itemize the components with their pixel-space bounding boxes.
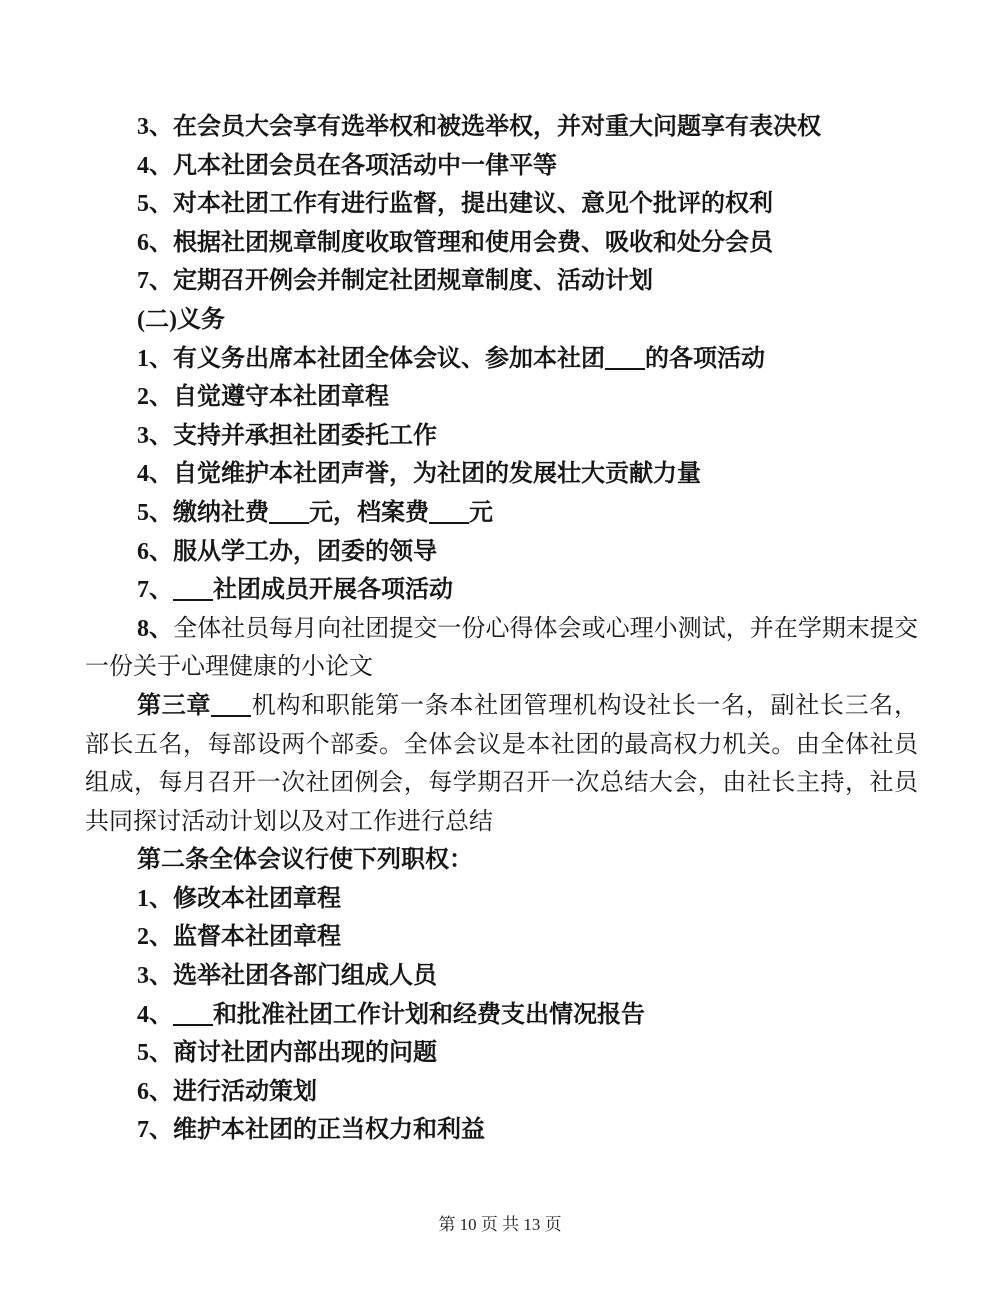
text-segment: 5、商讨社团内部出现的问题 (137, 1040, 437, 1066)
text-segment: 6、进行活动策划 (137, 1079, 317, 1105)
paragraph: 5、商讨社团内部出现的问题 (85, 1034, 918, 1073)
text-segment: 2、自觉遵守本社团章程 (137, 384, 389, 410)
document-content: 3、在会员大会享有选举权和被选举权，并对重大问题享有表决权4、凡本社团会员在各项… (85, 108, 918, 1150)
text-segment: 2、监督本社团章程 (137, 924, 341, 950)
blank-underline (429, 522, 469, 524)
blank-underline (211, 715, 251, 717)
text-segment: 全体社员每月向社团提交一份心得体会或心理小测试，并在学期末提交一份关于心理健康的… (85, 616, 918, 681)
page-number: 第 10 页 共 13 页 (438, 1215, 561, 1234)
text-segment: 3、选举社团各部门组成人员 (137, 963, 437, 989)
text-segment: (二)义务 (137, 307, 225, 333)
page-footer: 第 10 页 共 13 页 (0, 1210, 1000, 1235)
paragraph: 7、定期召开例会并制定社团规章制度、活动计划 (85, 262, 918, 301)
paragraph: 4、凡本社团会员在各项活动中一侓平等 (85, 147, 918, 186)
text-segment: 7、维护本社团的正当权力和利益 (137, 1117, 485, 1143)
paragraph: 6、进行活动策划 (85, 1073, 918, 1112)
text-segment: 4、凡本社团会员在各项活动中一侓平等 (137, 153, 557, 179)
text-segment: 4、 (137, 1002, 173, 1028)
paragraph: 6、服从学工办，团委的领导 (85, 533, 918, 572)
text-segment: 7、 (137, 577, 173, 603)
text-segment: 第三章 (137, 693, 211, 719)
text-segment: 6、根据社团规章制度收取管理和使用会费、吸收和处分会员 (137, 230, 773, 256)
text-segment: 1、有义务出席本社团全体会议、参加本社团 (137, 346, 605, 372)
text-segment: 3、在会员大会享有选举权和被选举权，并对重大问题享有表决权 (137, 114, 821, 140)
paragraph: 第三章机构和职能第一条本社团管理机构设社长一名，副社长三名，部长五名，每部设两个… (85, 687, 918, 841)
paragraph: 5、对本社团工作有进行监督，提出建议、意见个批评的权利 (85, 185, 918, 224)
paragraph: 第二条全体会议行使下列职权： (85, 841, 918, 880)
text-segment: 的各项活动 (645, 346, 765, 372)
paragraph: 3、支持并承担社团委托工作 (85, 417, 918, 456)
text-segment: 元，档案费 (309, 500, 429, 526)
paragraph: (二)义务 (85, 301, 918, 340)
text-segment: 6、服从学工办，团委的领导 (137, 539, 437, 565)
text-segment: 1、修改本社团章程 (137, 886, 341, 912)
text-segment: 7、定期召开例会并制定社团规章制度、活动计划 (137, 268, 653, 294)
text-segment: 社团成员开展各项活动 (213, 577, 453, 603)
paragraph: 4、自觉维护本社团声誉，为社团的发展壮大贡献力量 (85, 455, 918, 494)
document-page: 3、在会员大会享有选举权和被选举权，并对重大问题享有表决权4、凡本社团会员在各项… (0, 0, 1000, 1294)
paragraph: 3、选举社团各部门组成人员 (85, 957, 918, 996)
paragraph: 1、修改本社团章程 (85, 880, 918, 919)
text-segment: 和批准社团工作计划和经费支出情况报告 (213, 1002, 645, 1028)
blank-underline (173, 1024, 213, 1026)
paragraph: 7、维护本社团的正当权力和利益 (85, 1111, 918, 1150)
blank-underline (269, 522, 309, 524)
paragraph: 8、全体社员每月向社团提交一份心得体会或心理小测试，并在学期末提交一份关于心理健… (85, 610, 918, 687)
paragraph: 4、和批准社团工作计划和经费支出情况报告 (85, 996, 918, 1035)
text-segment: 5、对本社团工作有进行监督，提出建议、意见个批评的权利 (137, 191, 773, 217)
text-segment: 5、缴纳社费 (137, 500, 269, 526)
text-segment: 3、支持并承担社团委托工作 (137, 423, 437, 449)
text-segment: 第二条全体会议行使下列职权： (137, 847, 473, 873)
paragraph: 3、在会员大会享有选举权和被选举权，并对重大问题享有表决权 (85, 108, 918, 147)
paragraph: 2、监督本社团章程 (85, 918, 918, 957)
blank-underline (173, 599, 213, 601)
paragraph: 6、根据社团规章制度收取管理和使用会费、吸收和处分会员 (85, 224, 918, 263)
text-segment: 8、 (137, 616, 173, 642)
text-segment: 4、自觉维护本社团声誉，为社团的发展壮大贡献力量 (137, 461, 701, 487)
text-segment: 元 (469, 500, 493, 526)
paragraph: 1、有义务出席本社团全体会议、参加本社团的各项活动 (85, 340, 918, 379)
blank-underline (605, 368, 645, 370)
paragraph: 5、缴纳社费元，档案费元 (85, 494, 918, 533)
paragraph: 2、自觉遵守本社团章程 (85, 378, 918, 417)
paragraph: 7、社团成员开展各项活动 (85, 571, 918, 610)
